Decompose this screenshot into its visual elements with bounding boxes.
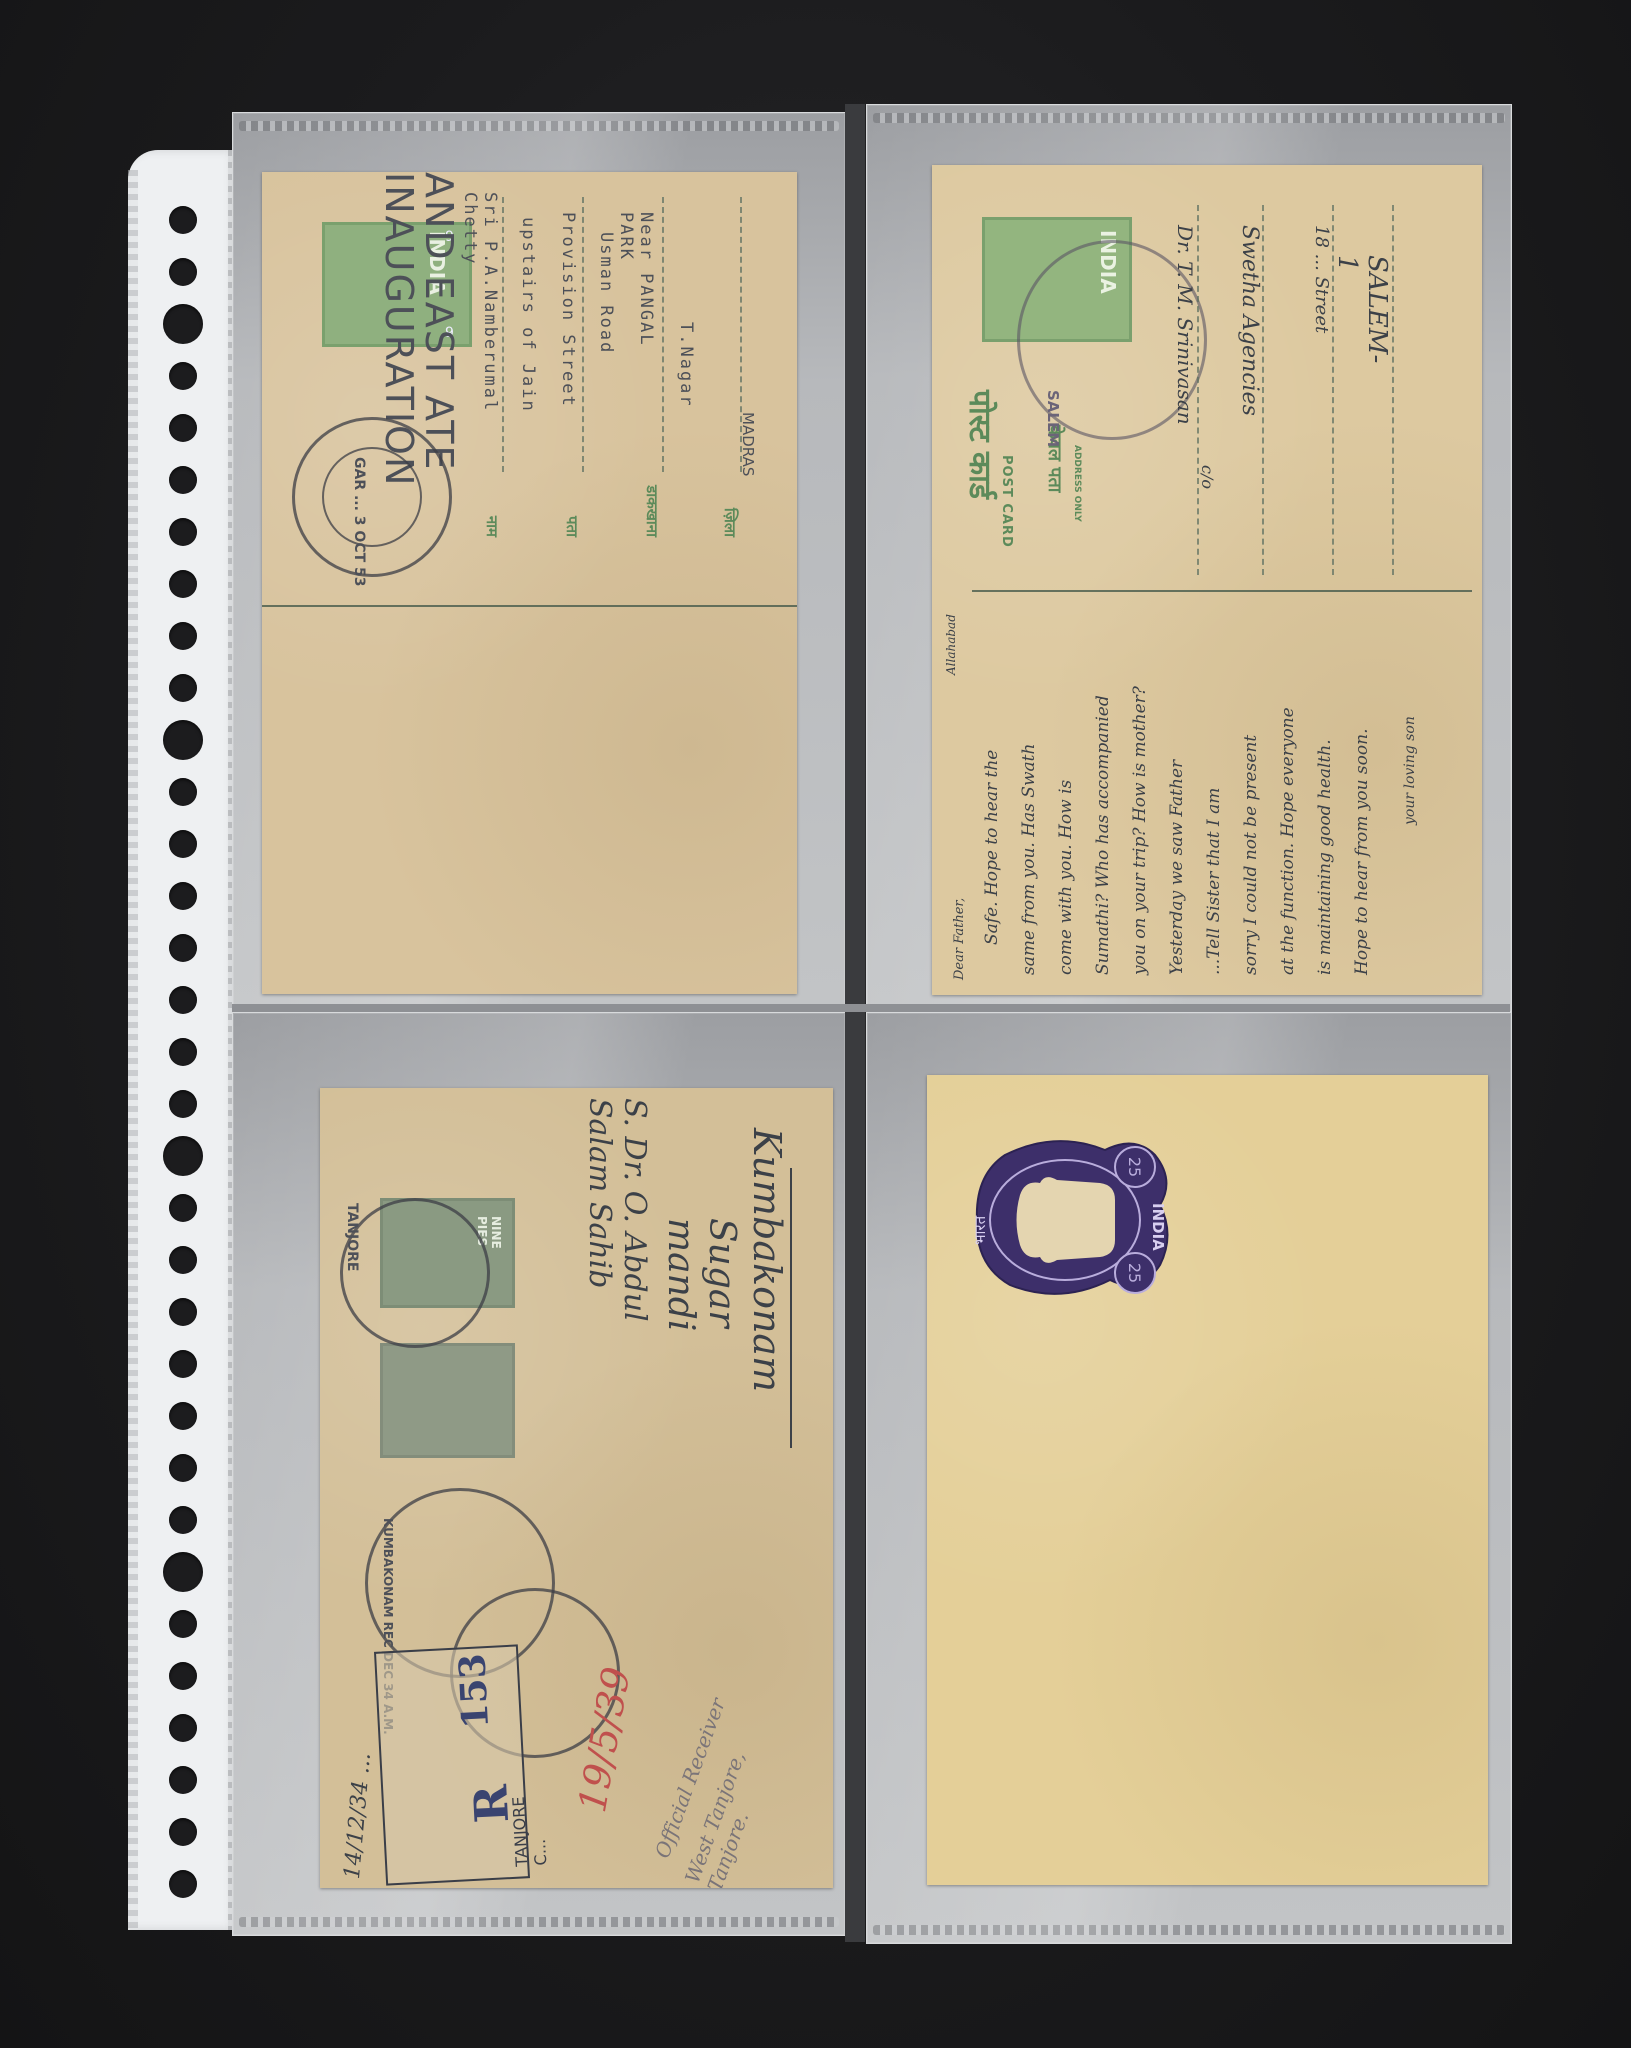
pocket-divider-vertical [845, 104, 865, 1942]
message-line: Yesterday we saw Father [1167, 760, 1187, 975]
postmark-text: TANJORE [344, 1203, 360, 1271]
ruled-line [662, 197, 664, 472]
binder-hole [169, 518, 197, 546]
binder-hole [169, 414, 197, 442]
sub-english: ADDRESS ONLY [1072, 445, 1082, 522]
binder-hole [169, 1870, 197, 1898]
message-line: come with you. How is [1056, 780, 1076, 975]
embossed-envelope: 25 25 INDIA भारत [927, 1075, 1488, 1885]
postmark-inner [322, 447, 422, 547]
binder-hole [169, 1610, 197, 1638]
postmark-text: SALEM [1044, 390, 1062, 447]
address-line: upstairs of Jain [518, 217, 538, 413]
message-line: you on your trip? How is mother? [1130, 686, 1150, 975]
binder-hole [169, 622, 197, 650]
address-line: T.Nagar [676, 322, 696, 408]
registration-office: TANJORE C... [509, 1795, 551, 1867]
stamp-one-anna [380, 1343, 515, 1458]
ruled-line [1392, 205, 1394, 575]
binder-hole [169, 1766, 197, 1794]
binder-hole [169, 934, 197, 962]
message-place: Allahabad [944, 614, 958, 675]
ruled-line [1197, 205, 1199, 575]
binder-hole [169, 674, 197, 702]
binder-strip [128, 150, 238, 1930]
svg-text:25: 25 [1125, 1157, 1144, 1177]
embossed-country: INDIA [1149, 1203, 1167, 1251]
message-line: ...Tell Sister that I am [1204, 788, 1224, 975]
address-line: Provision Street [558, 212, 578, 408]
form-label: डाकखाना [642, 485, 662, 537]
address-line: Dr. T. M. Srinivasan [1173, 225, 1197, 425]
pocket-divider-horizontal [232, 1004, 1510, 1012]
binder-hole [163, 304, 203, 344]
ruled-line [1262, 205, 1264, 575]
header-hindi: पोस्ट कार्ड [961, 390, 1002, 499]
ruled-line [502, 197, 504, 472]
svg-text:25: 25 [1125, 1263, 1144, 1283]
registration-label: R 153 TANJORE C... [374, 1644, 530, 1885]
address-line: Near PANGAL PARK [616, 212, 656, 353]
message-closing: your loving son [1402, 716, 1418, 825]
address-line: c/o [1198, 465, 1217, 489]
address-line-2: Sugar mandi [660, 1218, 742, 1391]
address-line: Sri P.A.Namberumal Chetty [460, 192, 500, 489]
address-line: Swetha Agencies [1237, 225, 1262, 416]
binder-hole [169, 206, 197, 234]
message-line: Hope to hear from you soon. [1352, 729, 1372, 975]
postcard-top-right: INDIA पोस्ट कार्ड POST CARD केवल पता ADD… [932, 165, 1482, 995]
binder-hole [169, 1298, 197, 1326]
address-line: Usman Road [596, 232, 616, 354]
message-line: sorry I could not be present [1241, 735, 1261, 975]
binder-hole [169, 882, 197, 910]
binder-hole [169, 830, 197, 858]
strip-weld-left [128, 170, 138, 1930]
binder-hole [169, 1090, 197, 1118]
underline [790, 1168, 792, 1448]
binder-hole [163, 1136, 203, 1176]
postmark-tanjore [340, 1198, 490, 1348]
registration-number: 153 [451, 1653, 497, 1730]
binder-hole [169, 1194, 197, 1222]
address-line: 18 ... Street [1311, 225, 1332, 333]
binder-hole [169, 778, 197, 806]
binder-hole [169, 466, 197, 494]
binder-hole [169, 1402, 197, 1430]
binder-hole [169, 1350, 197, 1378]
binder-hole [169, 1714, 197, 1742]
embossed-hindi: भारत [971, 1215, 989, 1245]
message-line: same from you. Has Swath [1019, 744, 1039, 975]
binder-hole [169, 1454, 197, 1482]
message-line: Sumathi? Who has accompanied [1093, 695, 1113, 975]
postcard-top-left: INDIA 9 9 INAUGURATION AND EAST ATE GAR … [262, 172, 797, 994]
binder-hole [169, 362, 197, 390]
binder-hole [169, 986, 197, 1014]
form-label: पता [562, 516, 582, 537]
card-divider [972, 590, 1472, 592]
slogan-cancel-line-2: AND EAST ATE [417, 172, 461, 471]
address-line-1: S. Dr. O. Abdul Salam Sahib [582, 1098, 652, 1349]
message-line: Safe. Hope to hear the [982, 750, 1002, 945]
form-label: नाम [482, 516, 502, 537]
message-line: at the function. Hope everyone [1278, 707, 1298, 975]
binder-hole [169, 1246, 197, 1274]
postmark-text: GAR ... 3 OCT 53 [351, 457, 367, 587]
card-divider [262, 605, 797, 607]
registered-cover: NINE PIES TANJORE KUMBAKONAM REC DEC 34 … [320, 1088, 833, 1888]
message-line: is maintaining good health. [1315, 739, 1335, 975]
header-english: POST CARD [999, 455, 1014, 548]
binder-hole [169, 258, 197, 286]
binder-hole [163, 1552, 203, 1592]
ruled-line [582, 197, 584, 472]
message-greeting: Dear Father, [952, 898, 967, 980]
address-line: SALEM-1 [1332, 255, 1392, 363]
binder-hole [169, 1662, 197, 1690]
binder-hole [169, 570, 197, 598]
binder-hole [169, 1038, 197, 1066]
ruled-line [740, 197, 742, 472]
binder-hole [169, 1506, 197, 1534]
form-label: ज़िला [720, 508, 740, 537]
embossed-stamp-icon: 25 25 INDIA भारत [965, 1125, 1180, 1310]
address-line-3: Kumbakonam [745, 1128, 789, 1392]
binder-hole [163, 720, 203, 760]
ruled-line [1332, 205, 1334, 575]
binder-hole [169, 1818, 197, 1846]
